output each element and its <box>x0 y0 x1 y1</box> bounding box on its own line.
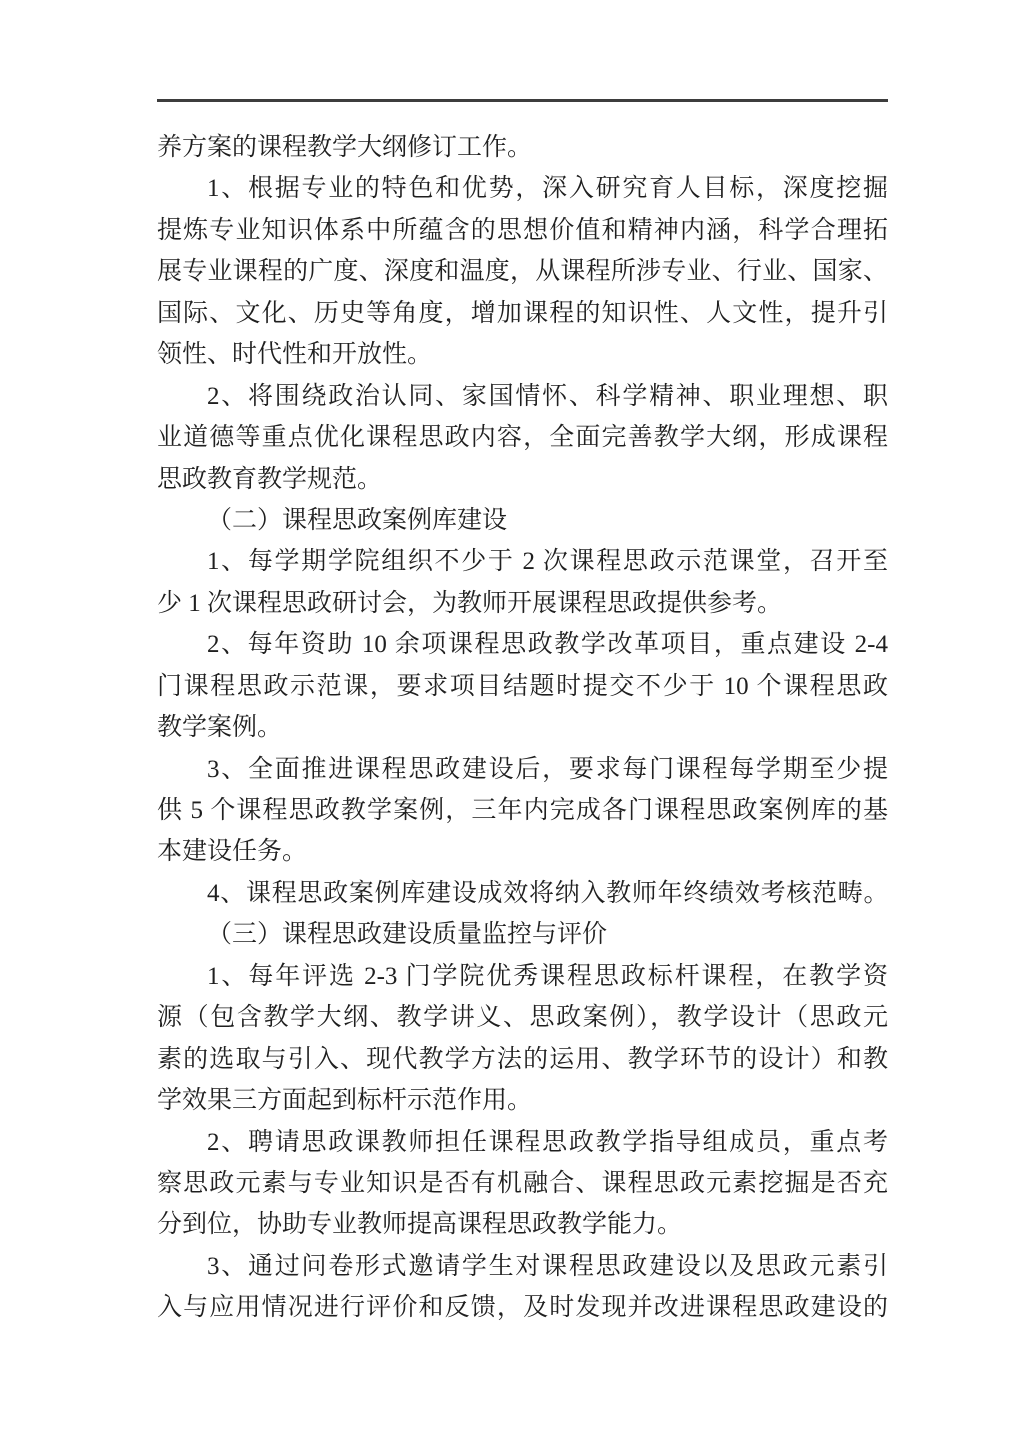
text-line: 门课程思政示范课，要求项目结题时提交不少于 10 个课程思政 <box>157 666 888 707</box>
text-line: 源（包含教学大纲、教学讲义、思政案例），教学设计（思政元 <box>157 997 888 1038</box>
text-line: 1、根据专业的特色和优势，深入研究育人目标，深度挖掘 <box>157 168 888 209</box>
text-line: 察思政元素与专业知识是否有机融合、课程思政元素挖掘是否充 <box>157 1163 888 1204</box>
text-line: 养方案的课程教学大纲修订工作。 <box>157 127 888 168</box>
text-line: 3、全面推进课程思政建设后，要求每门课程每学期至少提 <box>157 749 888 790</box>
section-heading: （三）课程思政建设质量监控与评价 <box>157 914 888 955</box>
text-line: 4、课程思政案例库建设成效将纳入教师年终绩效考核范畴。 <box>157 873 888 914</box>
header-rule <box>157 99 888 102</box>
text-line: 1、每年评选 2-3 门学院优秀课程思政标杆课程，在教学资 <box>157 956 888 997</box>
text-line: 提炼专业知识体系中所蕴含的思想价值和精神内涵，科学合理拓 <box>157 210 888 251</box>
document-page: 养方案的课程教学大纲修订工作。 1、根据专业的特色和优势，深入研究育人目标，深度… <box>0 0 1024 1448</box>
section-heading: （二）课程思政案例库建设 <box>157 500 888 541</box>
text-line: 国际、文化、历史等角度，增加课程的知识性、人文性，提升引 <box>157 293 888 334</box>
text-line: 分到位，协助专业教师提高课程思政教学能力。 <box>157 1204 888 1245</box>
text-line: 1、每学期学院组织不少于 2 次课程思政示范课堂，召开至 <box>157 541 888 582</box>
text-line: 3、通过问卷形式邀请学生对课程思政建设以及思政元素引 <box>157 1246 888 1287</box>
text-line: 少 1 次课程思政研讨会，为教师开展课程思政提供参考。 <box>157 583 888 624</box>
text-line: 2、将围绕政治认同、家国情怀、科学精神、职业理想、职 <box>157 376 888 417</box>
text-line: 思政教育教学规范。 <box>157 459 888 500</box>
document-body: 养方案的课程教学大纲修订工作。 1、根据专业的特色和优势，深入研究育人目标，深度… <box>157 127 888 1329</box>
text-line: 本建设任务。 <box>157 831 888 872</box>
text-line: 2、每年资助 10 余项课程思政教学改革项目，重点建设 2-4 <box>157 624 888 665</box>
text-line: 展专业课程的广度、深度和温度，从课程所涉专业、行业、国家、 <box>157 251 888 292</box>
text-line: 入与应用情况进行评价和反馈，及时发现并改进课程思政建设的 <box>157 1287 888 1328</box>
text-line: 学效果三方面起到标杆示范作用。 <box>157 1080 888 1121</box>
text-line: 素的选取与引入、现代教学方法的运用、教学环节的设计）和教 <box>157 1039 888 1080</box>
text-line: 供 5 个课程思政教学案例，三年内完成各门课程思政案例库的基 <box>157 790 888 831</box>
text-line: 业道德等重点优化课程思政内容，全面完善教学大纲，形成课程 <box>157 417 888 458</box>
text-line: 教学案例。 <box>157 707 888 748</box>
text-line: 2、聘请思政课教师担任课程思政教学指导组成员，重点考 <box>157 1122 888 1163</box>
text-line: 领性、时代性和开放性。 <box>157 334 888 375</box>
